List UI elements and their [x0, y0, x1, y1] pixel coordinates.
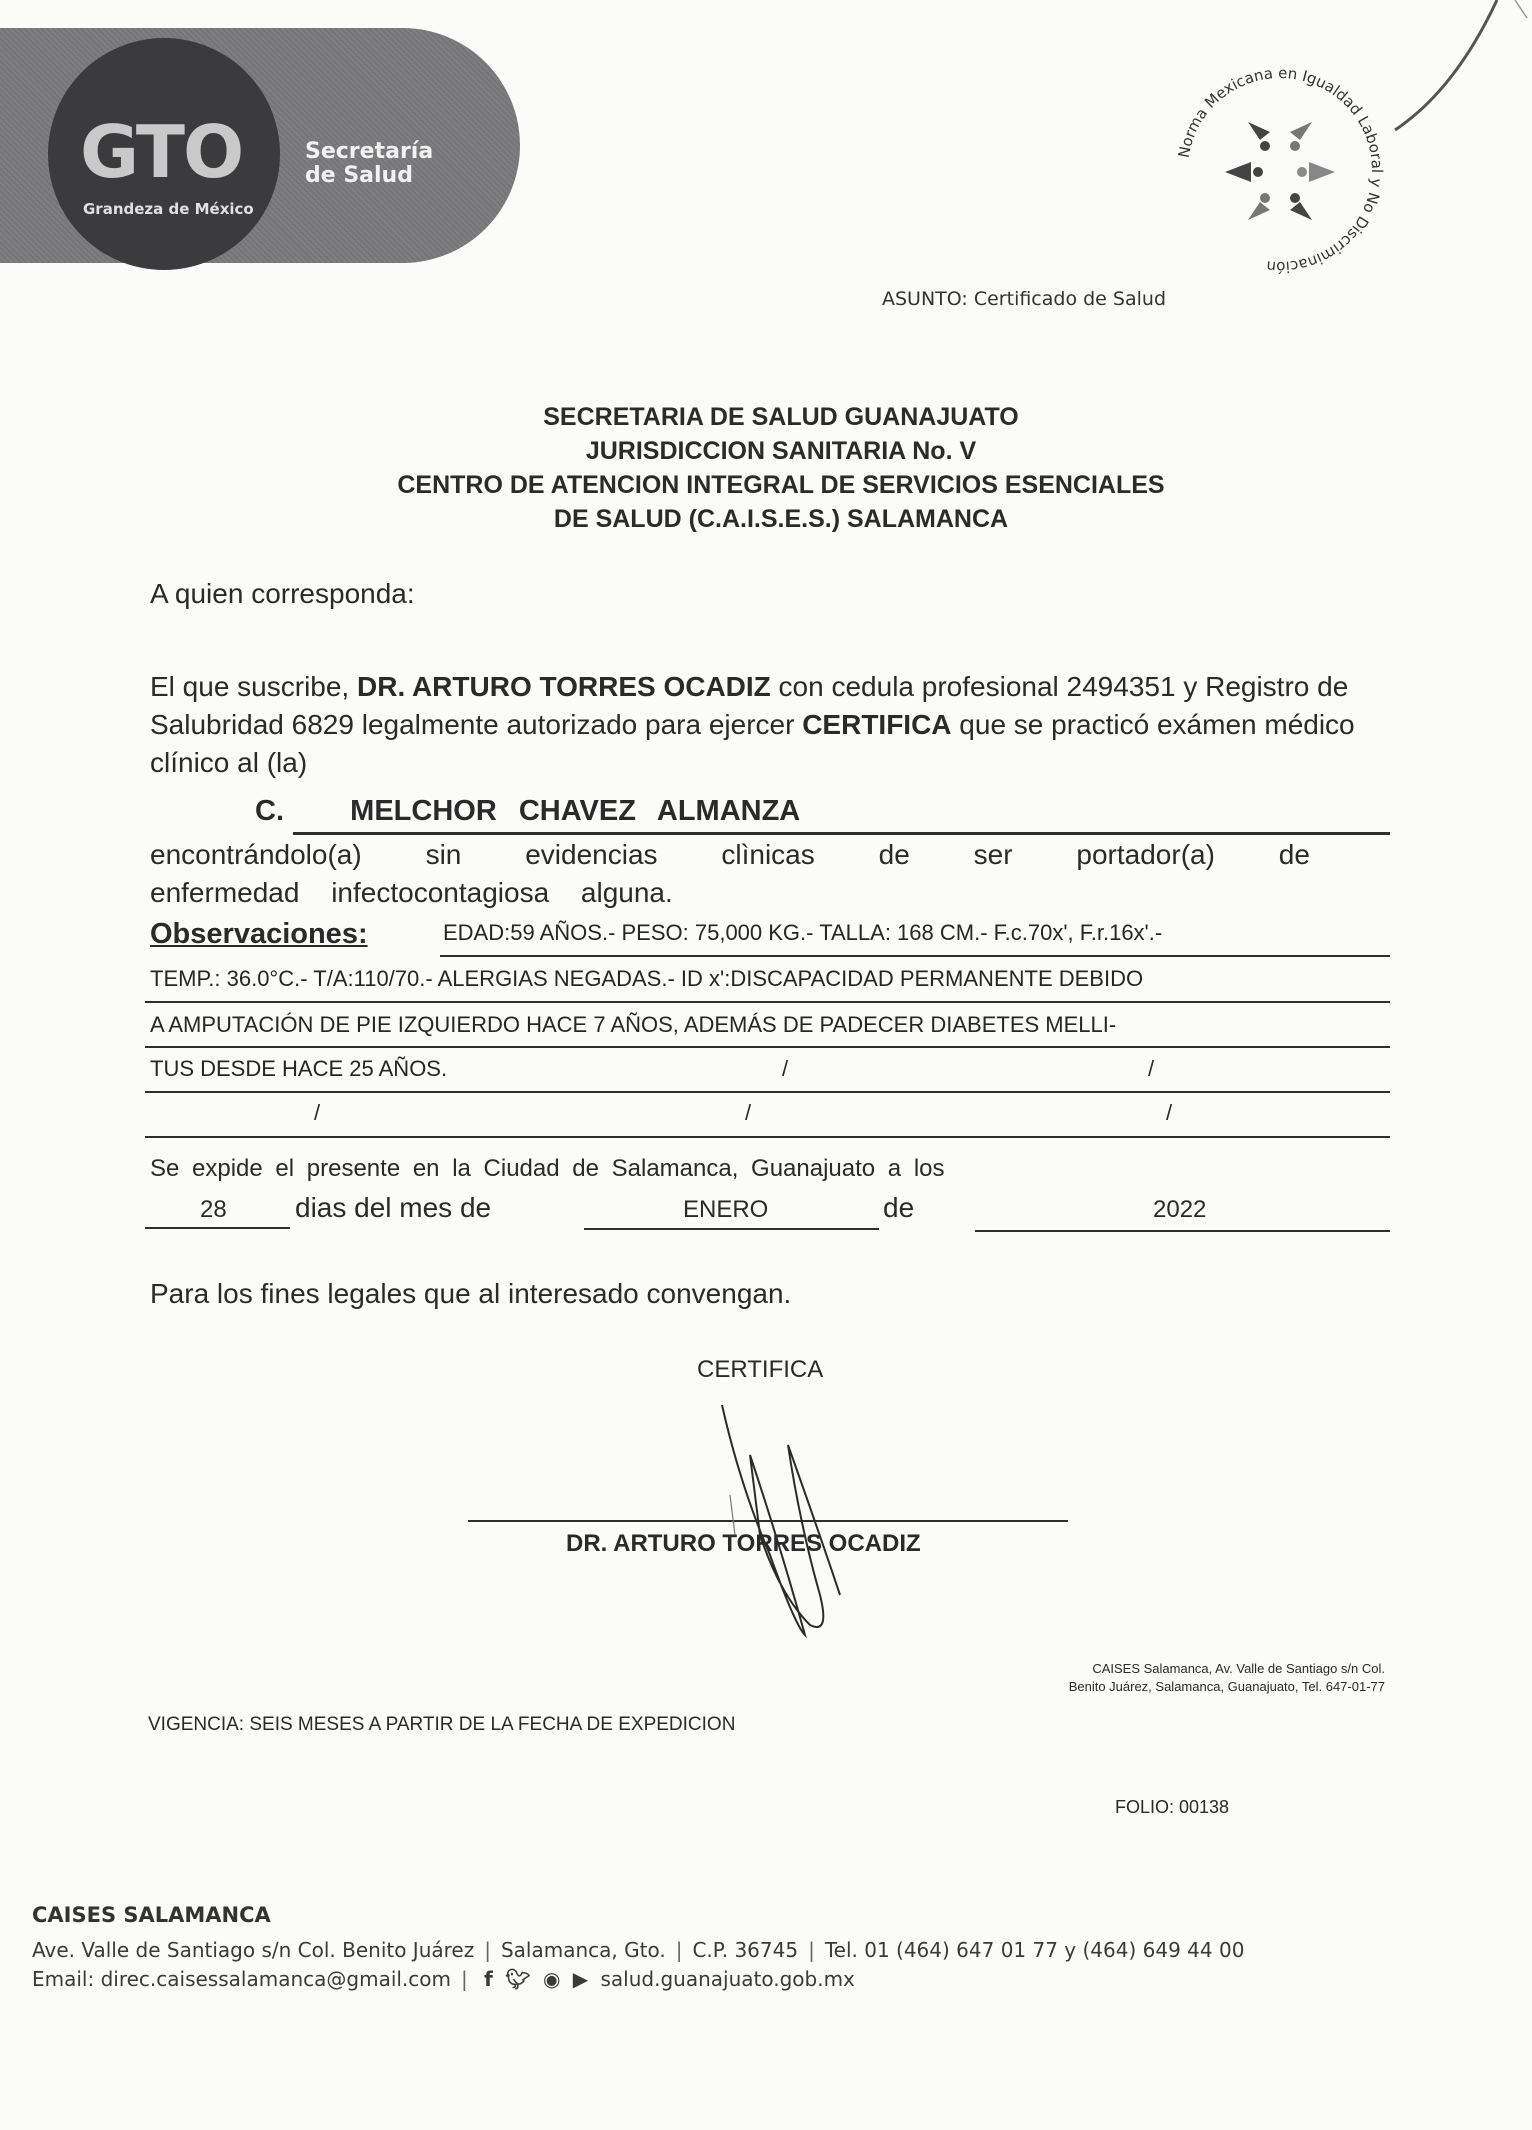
observation-line-3: A AMPUTACIÓN DE PIE IZQUIERDO HACE 7 AÑO… [150, 1012, 1116, 1038]
signature-title: CERTIFICA [697, 1356, 823, 1384]
pen-mark [1385, 0, 1532, 140]
closing-statement: Para los fines legales que al interesado… [150, 1278, 791, 1310]
observation-line-1: EDAD:59 AÑOS.- PESO: 75,000 KG.- TALLA: … [443, 920, 1162, 946]
gto-tagline: Grandeza de México [83, 200, 254, 218]
year-underline [975, 1230, 1390, 1232]
observations-label: Observaciones: [150, 918, 368, 951]
subject-line: ASUNTO: Certificado de Salud [882, 288, 1166, 310]
certification-paragraph: El que suscribe, DR. ARTURO TORRES OCADI… [150, 668, 1390, 782]
svg-text:Norma Mexicana en Igualdad Lab: Norma Mexicana en Igualdad Laboral y No … [1175, 64, 1386, 276]
findings-word: sin [426, 836, 462, 874]
handwritten-signature [700, 1395, 880, 1645]
observation-rule-1 [440, 955, 1390, 957]
findings-word: evidencias [525, 836, 657, 874]
footer-website[interactable]: salud.guanajuato.gob.mx [601, 1967, 855, 1991]
instagram-icon[interactable]: ◉ [543, 1967, 560, 1991]
observation-line-2: TEMP.: 36.0°C.- T/A:110/70.- ALERGIAS NE… [150, 966, 1143, 992]
issue-day: 28 [200, 1196, 227, 1224]
findings-word: de [879, 836, 910, 874]
issue-statement: Se expide el presente en la Ciudad de Sa… [150, 1155, 945, 1183]
observation-rule-5 [145, 1136, 1390, 1138]
blank-slash: / [782, 1056, 788, 1082]
findings-word: encontrándolo(a) [150, 836, 362, 874]
observation-rule-2 [145, 1001, 1390, 1003]
validity-note: VIGENCIA: SEIS MESES A PARTIR DE LA FECH… [148, 1714, 735, 1736]
footer-title: CAISES SALAMANCA [32, 1903, 271, 1927]
blank-slash: / [1148, 1056, 1154, 1082]
footer-contact: Email: direc.caisessalamanca@gmail.com| … [32, 1967, 855, 1991]
document-heading: SECRETARIA DE SALUD GUANAJUATO JURISDICC… [0, 400, 1532, 536]
days-label: dias del mes de [295, 1192, 491, 1224]
findings-word: de [1279, 836, 1310, 874]
blank-slash: / [1166, 1100, 1172, 1126]
findings-word: ser [974, 836, 1013, 874]
observation-rule-4 [145, 1091, 1390, 1093]
folio-number: FOLIO: 00138 [1115, 1797, 1229, 1818]
department-name: Secretaría de Salud [305, 140, 433, 188]
twitter-icon[interactable]: 🐦︎ [505, 1967, 530, 1991]
issue-month: ENERO [683, 1196, 768, 1224]
observation-line-4: TUS DESDE HACE 25 AÑOS. [150, 1056, 447, 1082]
day-underline [145, 1227, 290, 1229]
year-label: de [883, 1192, 914, 1224]
footer-email[interactable]: Email: direc.caisessalamanca@gmail.com [32, 1967, 451, 1991]
blank-slash: / [314, 1100, 320, 1126]
patient-name: MELCHOR CHAVEZ ALMANZA [350, 795, 800, 827]
findings-word: portador(a) [1076, 836, 1215, 874]
patient-name-row: C. MELCHOR CHAVEZ ALMANZA [255, 795, 800, 828]
month-underline [584, 1228, 879, 1230]
youtube-icon[interactable]: ▶ [573, 1967, 588, 1991]
issue-year: 2022 [1153, 1196, 1206, 1224]
header-banner: GTO Grandeza de México Secretaría de Sal… [0, 28, 520, 263]
patient-name-underline [293, 832, 1390, 835]
gto-logo-text: GTO [80, 110, 242, 194]
equality-seal-icon: Norma Mexicana en Igualdad Laboral y No … [1170, 60, 1390, 280]
facebook-icon[interactable]: f [484, 1967, 493, 1991]
blank-slash: / [745, 1100, 751, 1126]
observation-rule-3 [145, 1046, 1390, 1048]
findings-word: clìnicas [721, 836, 814, 874]
greeting: A quien corresponda: [150, 578, 415, 610]
footer-address: Ave. Valle de Santiago s/n Col. Benito J… [32, 1938, 1244, 1962]
institution-address: CAISES Salamanca, Av. Valle de Santiago … [985, 1660, 1385, 1696]
findings-paragraph: encontrándolo(a)sinevidenciasclìnicasdes… [150, 836, 1310, 912]
certifica-keyword: CERTIFICA [802, 709, 951, 740]
doctor-name: DR. ARTURO TORRES OCADIZ [357, 671, 771, 702]
